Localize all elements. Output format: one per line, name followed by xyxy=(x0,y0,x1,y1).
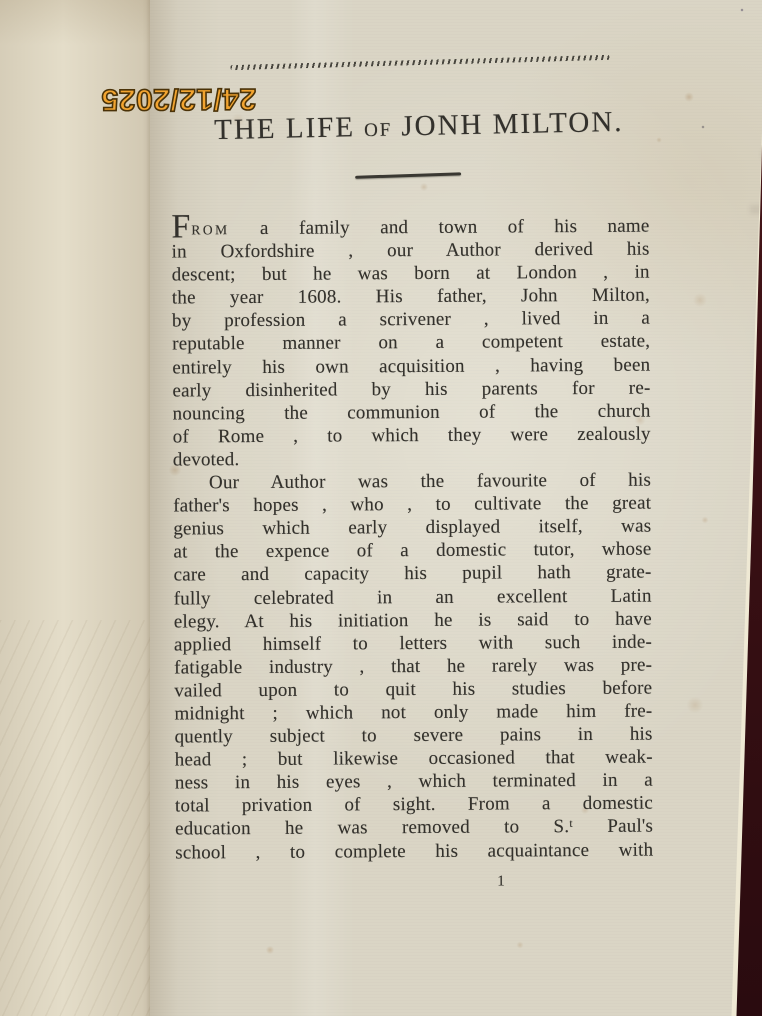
text-line: descent; but he was born at London , in xyxy=(172,261,650,287)
text-line: early disinherited by his parents for re… xyxy=(172,376,650,402)
text-line: entirely his own acquisition , having be… xyxy=(172,353,650,379)
text-line: midnight ; which not only made him fre- xyxy=(174,700,652,726)
text-line: elegy. At his initiation he is said to h… xyxy=(174,607,652,633)
text-line: quently subject to severe pains in his xyxy=(174,723,652,749)
title-word: THE LIFE xyxy=(214,111,355,146)
title-word: JONH MILTON. xyxy=(401,106,624,142)
text-line: by profession a scrivener , lived in a xyxy=(172,307,650,333)
text-line: in Oxfordshire , our Author derived his xyxy=(172,238,650,264)
text-line: father's hopes , who , to cultivate the … xyxy=(173,492,651,518)
text-line: nouncing the communion of the church xyxy=(173,399,651,425)
text-line: Our Author was the favourite of his xyxy=(173,469,651,495)
text-line: head ; but likewise occasioned that weak… xyxy=(175,746,653,772)
text-line: school , to complete his acquaintance wi… xyxy=(175,838,653,864)
of-word: OF xyxy=(364,120,393,142)
text-line: fatigable industry , that he rarely was … xyxy=(174,653,652,679)
text-line: ness in his eyes , which terminated in a xyxy=(175,769,653,795)
small-caps: ROM xyxy=(191,222,229,237)
text-line: fully celebrated in an excellent Latin xyxy=(174,584,652,610)
ornamental-rule xyxy=(230,55,609,70)
text-line: vailed upon to quit his studies before xyxy=(174,676,652,702)
text-line: care and capacity his pupil hath grate- xyxy=(174,561,652,587)
text-line: education he was removed to S.ᵗ Paul's xyxy=(175,815,653,841)
text-line: reputable manner on a competent estate, xyxy=(172,330,650,356)
page-number: 1 xyxy=(476,873,526,890)
text-line: genius which early displayed itself, was xyxy=(173,515,651,541)
paragraph-1: FROM a family and town of his name in Ox… xyxy=(171,215,651,472)
text-line: total privation of sight. From a domesti… xyxy=(175,792,653,818)
text-line: of Rome , to which they were zealously xyxy=(173,422,651,448)
text-line: at the expence of a domestic tutor, whos… xyxy=(173,538,651,564)
title-divider xyxy=(355,172,461,178)
body-text: FROM a family and town of his name in Ox… xyxy=(171,215,653,865)
paragraph-2: Our Author was the favourite of his fath… xyxy=(173,469,653,865)
text-line-rest: a family and town of his name xyxy=(260,216,650,239)
text-line: FROM a family and town of his name xyxy=(171,215,649,241)
text-line: the year 1608. His father, John Milton, xyxy=(172,284,650,310)
printed-content: 24/12/2025 THE LIFEOFJONH MILTON. FROM a… xyxy=(0,0,762,1016)
book-photo: 24/12/2025 THE LIFEOFJONH MILTON. FROM a… xyxy=(0,0,762,1016)
text-line: devoted. xyxy=(173,446,651,472)
text-line: applied himself to letters with such ind… xyxy=(174,630,652,656)
